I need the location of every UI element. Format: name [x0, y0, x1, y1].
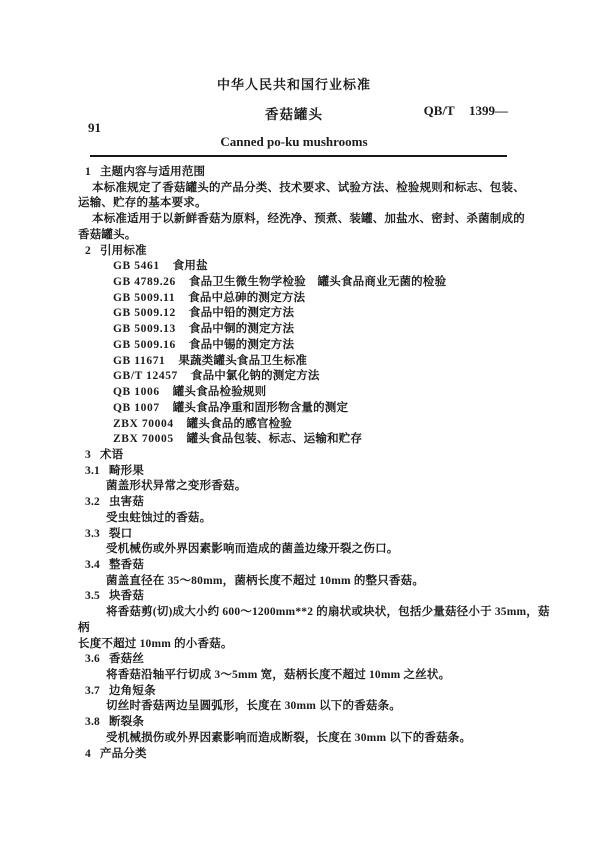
section-number: 3.5: [85, 589, 100, 605]
referenced-standard-code: GB 5009.13: [113, 322, 176, 338]
doc-line-ref: GB 11671果蔬类罐头食品卫生标准: [78, 354, 510, 370]
referenced-standard-code: ZBX 70004: [113, 417, 174, 433]
line-text: 断裂条: [109, 716, 144, 728]
document-title-en: Canned po-ku mushrooms: [78, 134, 510, 150]
doc-line-heading: 1主题内容与适用范围: [78, 165, 510, 181]
line-text: 运输、贮存的基本要求。: [78, 197, 207, 209]
line-text: 切丝时香菇两边呈圆弧形，长度在 30mm 以下的香菇条。: [106, 700, 401, 712]
line-text: 将香菇剪(切)成大小约 600～1200mm**2 的扇状或块状，包括少量菇径小…: [106, 606, 550, 618]
doc-line-para: 本标准规定了香菇罐头的产品分类、技术要求、试验方法、检验规则和标志、包装、: [78, 181, 510, 197]
document-page: 中华人民共和国行业标准 香菇罐头 QB/T 1399— 91 Canned po…: [0, 0, 600, 849]
doc-line-sub: 3.1畸形果: [78, 464, 510, 480]
standard-authority: 中华人民共和国行业标准: [78, 74, 510, 93]
line-text: 裂口: [109, 528, 132, 540]
line-text: 受机械伤或外界因素影响而造成的菌盖边缘开裂之伤口。: [106, 543, 399, 555]
doc-line-ref: GB 5461食用盐: [78, 259, 510, 275]
header-divider-rule: [90, 155, 507, 157]
referenced-standard-code: GB 11671: [113, 354, 165, 370]
doc-line-cont: 运输、贮存的基本要求。: [78, 196, 510, 212]
referenced-standard-code: GB 5461: [113, 259, 160, 275]
line-text: 产品分类: [100, 748, 147, 760]
doc-line-sub: 3.8断裂条: [78, 715, 510, 731]
doc-line-cont: 长度不超过 10mm 的小香菇。: [78, 637, 510, 653]
line-text: 整香菇: [109, 559, 144, 571]
doc-line-ref: QB 1006罐头食品检验规则: [78, 385, 510, 401]
doc-line-def: 切丝时香菇两边呈圆弧形，长度在 30mm 以下的香菇条。: [78, 699, 510, 715]
section-number: 4: [85, 747, 91, 763]
line-text: 罐头食品净重和固形物含量的测定: [173, 402, 349, 414]
doc-line-cont: 香菇罐头。: [78, 228, 510, 244]
line-text: 罐头食品检验规则: [173, 386, 267, 398]
line-text: 食品卫生微生物学检验 罐头食品商业无菌的检验: [189, 276, 446, 288]
line-text: 主题内容与适用范围: [100, 166, 205, 178]
line-text: 菌盖形状异常之变形香菇。: [106, 480, 246, 492]
line-text: 受机械损伤或外界因素影响而造成断裂，长度在 30mm 以下的香菇条。: [106, 732, 471, 744]
section-number: 3.7: [85, 684, 100, 700]
line-text: 食品中铜的测定方法: [189, 323, 294, 335]
doc-line-sub: 3.6香菇丝: [78, 652, 510, 668]
section-number: 3.8: [85, 715, 100, 731]
line-text: 食品中锡的测定方法: [189, 339, 294, 351]
section-number: 3.2: [85, 495, 100, 511]
section-number: 3: [85, 448, 91, 464]
section-number: 3.3: [85, 527, 100, 543]
line-text: 罐头食品的感官检验: [187, 418, 292, 430]
doc-line-heading: 3术语: [78, 448, 510, 464]
line-text: 将香菇沿轴平行切成 3～5mm 宽，菇柄长度不超过 10mm 之丝状。: [106, 669, 450, 681]
doc-line-ref: QB 1007罐头食品净重和固形物含量的测定: [78, 401, 510, 417]
doc-line-ref: GB 5009.13食品中铜的测定方法: [78, 322, 510, 338]
doc-line-sub: 3.5块香菇: [78, 589, 510, 605]
doc-line-cont: 柄: [78, 621, 510, 637]
referenced-standard-code: GB 4789.26: [113, 275, 176, 291]
doc-line-ref: GB 5009.11食品中总砷的测定方法: [78, 291, 510, 307]
doc-line-para: 本标准适用于以新鲜香菇为原料，经洗净、预煮、装罐、加盐水、密封、杀菌制成的: [78, 212, 510, 228]
doc-line-sub: 3.4整香菇: [78, 558, 510, 574]
line-text: 引用标准: [100, 245, 147, 257]
line-text: 边角短条: [109, 685, 156, 697]
line-text: 块香菇: [109, 590, 144, 602]
line-text: 本标准适用于以新鲜香菇为原料，经洗净、预煮、装罐、加盐水、密封、杀菌制成的: [92, 213, 525, 225]
doc-line-ref: ZBX 70005罐头食品包装、标志、运输和贮存: [78, 432, 510, 448]
section-number: 3.1: [85, 464, 100, 480]
line-text: 术语: [100, 449, 123, 461]
doc-line-sub: 3.7边角短条: [78, 684, 510, 700]
section-number: 3.4: [85, 558, 100, 574]
doc-line-ref: GB/T 12457食品中氯化钠的测定方法: [78, 369, 510, 385]
line-text: 虫害菇: [109, 496, 144, 508]
referenced-standard-code: QB 1006: [113, 385, 160, 401]
standard-number: QB/T 1399—: [424, 103, 508, 119]
line-text: 菌盖直径在 35～80mm，菌柄长度不超过 10mm 的整只香菇。: [106, 575, 424, 587]
referenced-standard-code: GB 5009.16: [113, 338, 176, 354]
referenced-standard-code: ZBX 70005: [113, 432, 174, 448]
section-number: 2: [85, 244, 91, 260]
doc-line-def: 受机械损伤或外界因素影响而造成断裂，长度在 30mm 以下的香菇条。: [78, 731, 510, 747]
doc-line-sub: 3.2虫害菇: [78, 495, 510, 511]
doc-line-def: 受机械伤或外界因素影响而造成的菌盖边缘开裂之伤口。: [78, 542, 510, 558]
referenced-standard-code: GB/T 12457: [113, 369, 178, 385]
line-text: 本标准规定了香菇罐头的产品分类、技术要求、试验方法、检验规则和标志、包装、: [92, 182, 525, 194]
line-text: 香菇罐头。: [78, 229, 137, 241]
line-text: 食品中氯化钠的测定方法: [191, 370, 320, 382]
doc-line-def: 菌盖直径在 35～80mm，菌柄长度不超过 10mm 的整只香菇。: [78, 574, 510, 590]
line-text: 罐头食品包装、标志、运输和贮存: [187, 433, 363, 445]
document-body: 1主题内容与适用范围本标准规定了香菇罐头的产品分类、技术要求、试验方法、检验规则…: [78, 165, 510, 762]
line-text: 香菇丝: [109, 653, 144, 665]
doc-line-heading: 4产品分类: [78, 747, 510, 763]
doc-line-ref: GB 5009.16食品中锡的测定方法: [78, 338, 510, 354]
line-text: 食品中铅的测定方法: [189, 307, 294, 319]
doc-line-def: 将香菇沿轴平行切成 3～5mm 宽，菇柄长度不超过 10mm 之丝状。: [78, 668, 510, 684]
line-text: 畸形果: [109, 465, 144, 477]
line-text: 食用盐: [173, 260, 208, 272]
doc-line-def: 菌盖形状异常之变形香菇。: [78, 479, 510, 495]
doc-line-def: 将香菇剪(切)成大小约 600～1200mm**2 的扇状或块状，包括少量菇径小…: [78, 605, 510, 621]
doc-line-heading: 2引用标准: [78, 244, 510, 260]
section-number: 1: [85, 165, 91, 181]
doc-line-sub: 3.3裂口: [78, 527, 510, 543]
doc-line-def: 受虫蛀蚀过的香菇。: [78, 511, 510, 527]
line-text: 受虫蛀蚀过的香菇。: [106, 512, 211, 524]
referenced-standard-code: GB 5009.12: [113, 306, 176, 322]
doc-line-ref: GB 4789.26食品卫生微生物学检验 罐头食品商业无菌的检验: [78, 275, 510, 291]
line-text: 柄: [78, 622, 90, 634]
line-text: 长度不超过 10mm 的小香菇。: [78, 638, 233, 650]
document-header: 中华人民共和国行业标准 香菇罐头 QB/T 1399— 91 Canned po…: [78, 0, 510, 165]
line-text: 果蔬类罐头食品卫生标准: [178, 355, 307, 367]
doc-line-ref: ZBX 70004罐头食品的感官检验: [78, 417, 510, 433]
section-number: 3.6: [85, 652, 100, 668]
referenced-standard-code: QB 1007: [113, 401, 160, 417]
referenced-standard-code: GB 5009.11: [113, 291, 175, 307]
doc-line-ref: GB 5009.12食品中铅的测定方法: [78, 306, 510, 322]
line-text: 食品中总砷的测定方法: [188, 292, 305, 304]
